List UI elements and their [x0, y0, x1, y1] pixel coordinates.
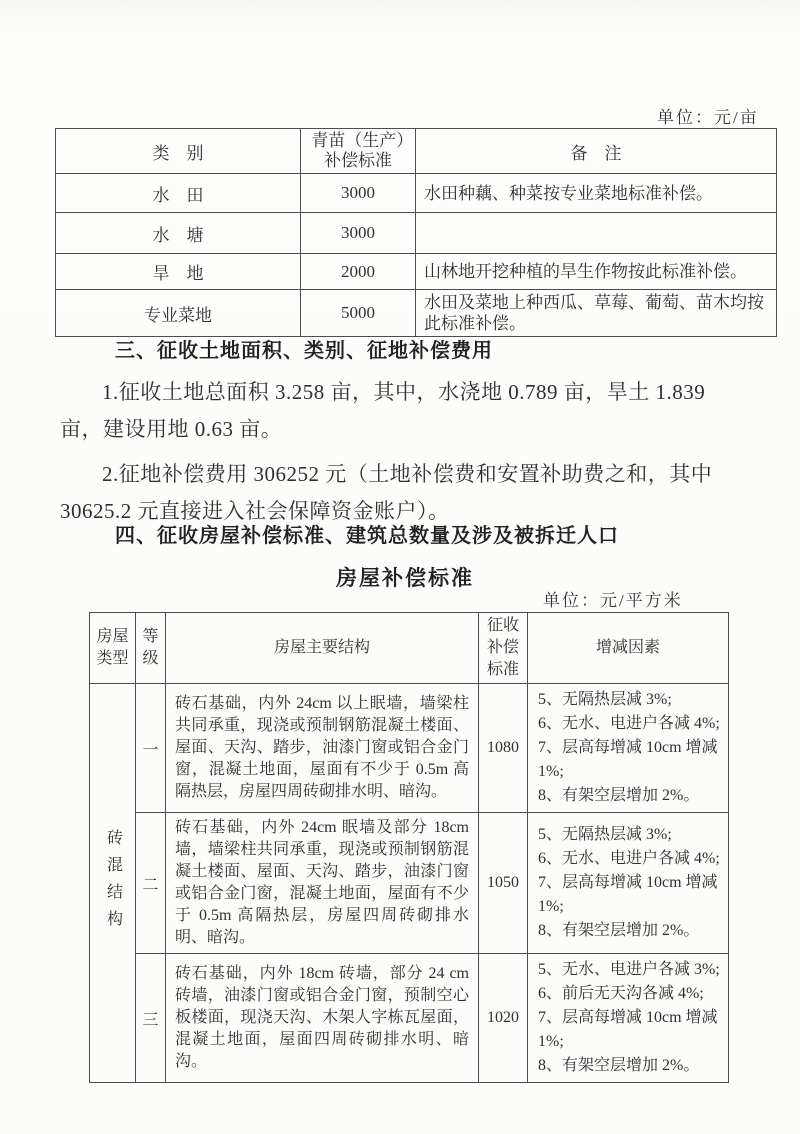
- crop-remark: 水田及菜地上种西瓜、草莓、葡萄、苗木均按此标准补偿。: [416, 290, 777, 337]
- factors-cell: 5、无隔热层减 3%; 6、无水、电进户各减 4%; 7、层高每增减 10cm …: [528, 813, 729, 954]
- table-row: 专业菜地 5000 水田及菜地上种西瓜、草莓、葡萄、苗木均按此标准补偿。: [56, 290, 777, 337]
- table-row: 水 田 3000 水田种藕、种菜按专业菜地标准补偿。: [56, 174, 777, 213]
- grade-cell: 一: [136, 684, 166, 813]
- crop-compensation-table: 类 别 青苗（生产）补偿标准 备 注 水 田 3000 水田种藕、种菜按专业菜地…: [55, 128, 777, 337]
- table-row: 砖混结构 一 砖石基础，内外 24cm 以上眠墙，墙梁柱共同承重，现浇或预制钢筋…: [90, 684, 729, 813]
- crop-category: 水 田: [56, 174, 301, 213]
- crop-table-header-row: 类 别 青苗（生产）补偿标准 备 注: [56, 129, 777, 174]
- house-header-grade: 等级: [136, 613, 166, 684]
- crop-standard: 2000: [301, 254, 416, 290]
- crop-standard: 3000: [301, 213, 416, 254]
- grade-cell: 二: [136, 813, 166, 954]
- crop-remark: 山林地开挖种植的旱生作物按此标准补偿。: [416, 254, 777, 290]
- crop-header-category: 类 别: [56, 129, 301, 174]
- structure-cell: 砖石基础，内外 24cm 以上眠墙，墙梁柱共同承重，现浇或预制钢筋混凝土楼面、屋…: [166, 684, 479, 813]
- section3-paragraph-2: 2.征地补偿费用 306252 元（土地补偿费和安置补助费之和，其中 30625…: [60, 456, 750, 530]
- grade-cell: 三: [136, 954, 166, 1083]
- structure-cell: 砖石基础，内外 24cm 眠墙及部分 18cm 墙，墙梁柱共同承重，现浇或预制钢…: [166, 813, 479, 954]
- house-header-factors: 增减因素: [528, 613, 729, 684]
- table-row: 二 砖石基础，内外 24cm 眠墙及部分 18cm 墙，墙梁柱共同承重，现浇或预…: [90, 813, 729, 954]
- house-compensation-table: 房屋类型 等级 房屋主要结构 征收补偿标准 增减因素 砖混结构 一 砖石基础，内…: [89, 612, 729, 1083]
- table-row: 水 塘 3000: [56, 213, 777, 254]
- crop-standard: 3000: [301, 174, 416, 213]
- crop-remark: [416, 213, 777, 254]
- standard-cell: 1050: [479, 813, 528, 954]
- house-header-standard: 征收补偿标准: [479, 613, 528, 684]
- crop-table-unit-label: 单位：元/亩: [657, 103, 759, 128]
- house-table-header-row: 房屋类型 等级 房屋主要结构 征收补偿标准 增减因素: [90, 613, 729, 684]
- standard-cell: 1020: [479, 954, 528, 1083]
- crop-header-standard: 青苗（生产）补偿标准: [301, 129, 416, 174]
- body-text-block: 三、征收土地面积、类别、征地补偿费用 1.征收土地总面积 3.258 亩，其中，…: [60, 337, 750, 597]
- crop-category: 专业菜地: [56, 290, 301, 337]
- crop-remark: 水田种藕、种菜按专业菜地标准补偿。: [416, 174, 777, 213]
- scanned-document-page: 单位：元/亩 类 别 青苗（生产）补偿标准 备 注 水 田 3000 水田种藕、…: [0, 0, 800, 1134]
- structure-cell: 砖石基础，内外 18cm 砖墙，部分 24 cm 砖墙，油漆门窗或铝合金门窗，预…: [166, 954, 479, 1083]
- factors-cell: 5、无水、电进户各减 3%; 6、前后无天沟各减 4%; 7、层高每增减 10c…: [528, 954, 729, 1083]
- house-table-unit-label: 单位：元/平方米: [543, 586, 683, 611]
- crop-category: 旱 地: [56, 254, 301, 290]
- section3-heading: 三、征收土地面积、类别、征地补偿费用: [60, 337, 750, 366]
- factors-cell: 5、无隔热层减 3%; 6、无水、电进户各减 4%; 7、层高每增减 10cm …: [528, 684, 729, 813]
- crop-header-remark: 备 注: [416, 129, 777, 174]
- house-header-structure: 房屋主要结构: [166, 613, 479, 684]
- section4-heading: 四、征收房屋补偿标准、建筑总数量及涉及被拆迁人口: [60, 522, 750, 551]
- standard-cell: 1080: [479, 684, 528, 813]
- table-row: 三 砖石基础，内外 18cm 砖墙，部分 24 cm 砖墙，油漆门窗或铝合金门窗…: [90, 954, 729, 1083]
- house-type-cell: 砖混结构: [90, 684, 136, 1083]
- section3-paragraph-1: 1.征收土地总面积 3.258 亩，其中，水浇地 0.789 亩，旱土 1.83…: [60, 374, 750, 448]
- house-type-vertical-text: 砖混结构: [105, 829, 121, 937]
- table-row: 旱 地 2000 山林地开挖种植的旱生作物按此标准补偿。: [56, 254, 777, 290]
- crop-standard: 5000: [301, 290, 416, 337]
- crop-category: 水 塘: [56, 213, 301, 254]
- house-header-type: 房屋类型: [90, 613, 136, 684]
